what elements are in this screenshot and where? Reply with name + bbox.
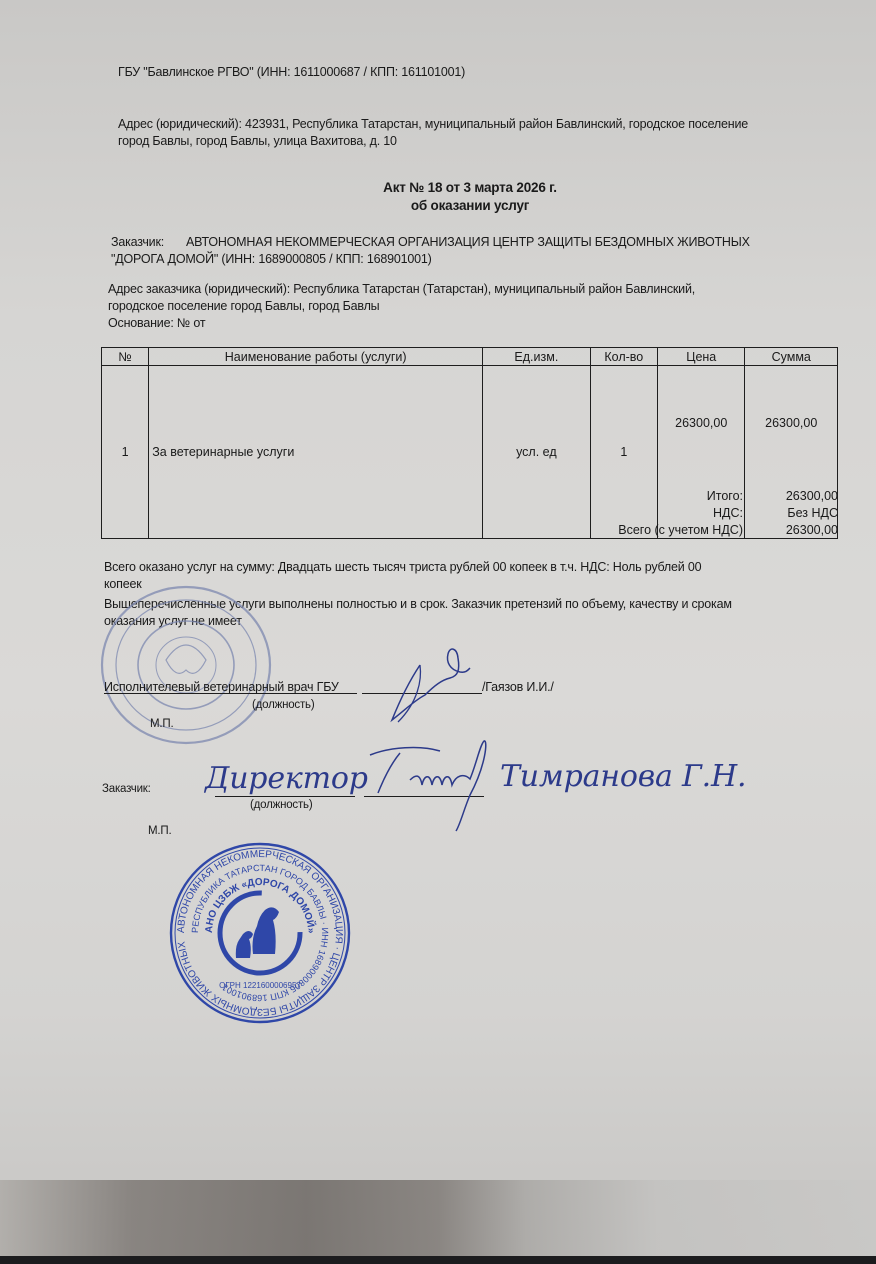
- total-label: Всего (с учетом НДС): [618, 522, 743, 539]
- cell-name: За ветеринарные услуги: [149, 366, 483, 539]
- dog-cat-emblem-icon: [236, 907, 279, 958]
- photo-shadow: [0, 1180, 876, 1256]
- header-price: Цена: [658, 348, 745, 366]
- issuer-address-line2: город Бавлы, город Бавлы, улица Вахитова…: [118, 133, 397, 149]
- executor-signature: [380, 640, 480, 730]
- customer-line1: АВТОНОМНАЯ НЕКОММЕРЧЕСКАЯ ОРГАНИЗАЦИЯ ЦЕ…: [186, 234, 750, 250]
- subtotal-value: 26300,00: [743, 488, 838, 505]
- header-qty: Кол-во: [590, 348, 657, 366]
- customer-position-caption: (должность): [250, 797, 312, 813]
- customer-label: Заказчик:: [111, 234, 164, 250]
- cell-num: 1: [102, 366, 149, 539]
- stamp-ogrn-text: ОГРН 1221600006957: [219, 981, 301, 990]
- vat-label: НДС:: [713, 505, 743, 522]
- header-num: №: [102, 348, 149, 366]
- executor-position-underline: [104, 693, 357, 694]
- vat-value: Без НДС: [743, 505, 838, 522]
- customer-signature-label: Заказчик:: [102, 781, 151, 797]
- header-sum: Сумма: [745, 348, 838, 366]
- subtotal-label: Итого:: [707, 488, 743, 505]
- header-name: Наименование работы (услуги): [149, 348, 483, 366]
- customer-handwritten-name: Тимранова Г.Н.: [500, 760, 746, 794]
- basis-line: Основание: № от: [108, 315, 205, 331]
- document-page: ГБУ "Бавлинское РГВО" (ИНН: 1611000687 /…: [0, 0, 876, 1180]
- totals-block: Итого:26300,00 НДС:Без НДС Всего (с учет…: [560, 488, 838, 539]
- customer-signature: [360, 735, 520, 835]
- document-title: Акт № 18 от 3 марта 2026 г.: [300, 180, 640, 196]
- issuer-address-line1: Адрес (юридический): 423931, Республика …: [118, 116, 748, 132]
- total-value: 26300,00: [743, 522, 838, 539]
- customer-mp: М.П.: [148, 823, 171, 839]
- customer-address-line2: городское поселение город Бавлы, город Б…: [108, 298, 379, 314]
- executor-stamp: [96, 580, 276, 750]
- customer-stamp: АВТОНОМНАЯ НЕКОММЕРЧЕСКАЯ ОРГАНИЗАЦИЯ · …: [165, 838, 355, 1028]
- amount-in-words-line1: Всего оказано услуг на сумму: Двадцать ш…: [104, 559, 701, 575]
- bottom-bar: [0, 1256, 876, 1264]
- executor-mp: М.П.: [150, 716, 173, 732]
- header-unit: Ед.изм.: [483, 348, 591, 366]
- customer-handwritten-position: Директор: [205, 762, 368, 796]
- customer-line2: "ДОРОГА ДОМОЙ" (ИНН: 1689000805 / КПП: 1…: [111, 251, 432, 267]
- executor-name: /Гаязов И.И./: [482, 679, 554, 695]
- issuer-line: ГБУ "Бавлинское РГВО" (ИНН: 1611000687 /…: [118, 64, 465, 80]
- executor-position-caption: (должность): [252, 697, 314, 713]
- document-subtitle: об оказании услуг: [300, 198, 640, 214]
- table-header-row: № Наименование работы (услуги) Ед.изм. К…: [102, 348, 838, 366]
- customer-address-line1: Адрес заказчика (юридический): Республик…: [108, 281, 695, 297]
